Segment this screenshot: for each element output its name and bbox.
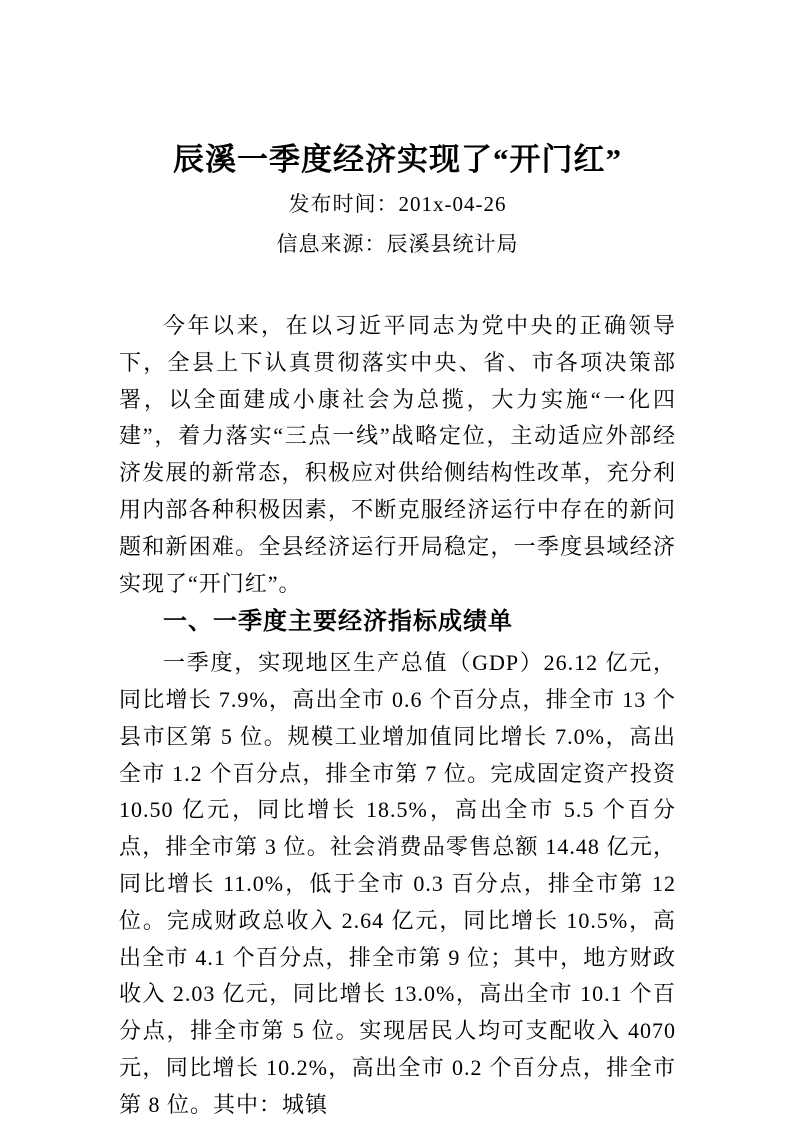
section-heading: 一、一季度主要经济指标成绩单 [119,604,676,641]
document-body: 今年以来，在以习近平同志为党中央的正确领导下，全县上下认真贯彻落实中央、省、市各… [119,308,676,1122]
document-page: 辰溪一季度经济实现了“开门红” 发布时间：201x-04-26 信息来源：辰溪县… [0,0,793,1122]
publish-time: 发布时间：201x-04-26 [119,189,676,220]
document-title: 辰溪一季度经济实现了“开门红” [119,139,676,181]
section-paragraph: 一季度，实现地区生产总值（GDP）26.12 亿元，同比增长 7.9%，高出全市… [119,645,676,1122]
intro-paragraph: 今年以来，在以习近平同志为党中央的正确领导下，全县上下认真贯彻落实中央、省、市各… [119,308,676,602]
info-source: 信息来源：辰溪县统计局 [119,229,676,260]
